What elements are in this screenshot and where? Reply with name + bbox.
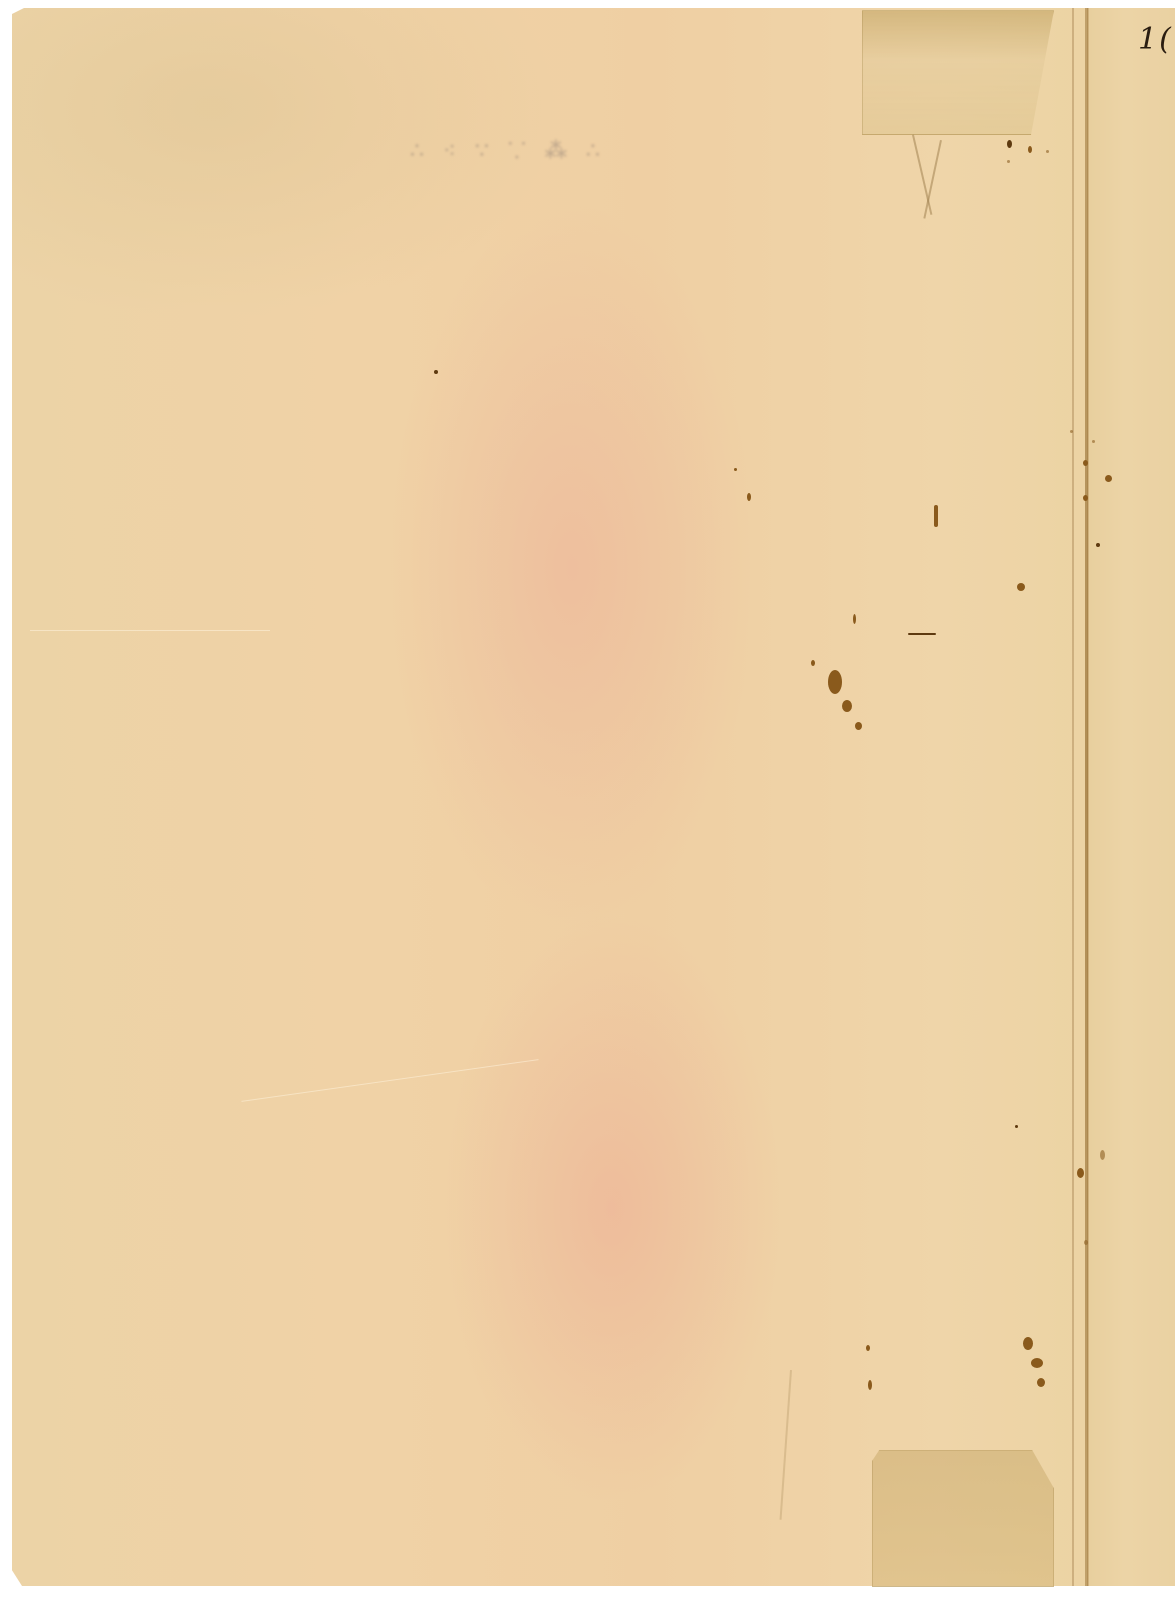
foxing-spot xyxy=(1070,430,1073,433)
tape-patch-bottom xyxy=(872,1450,1054,1587)
foxing-spot xyxy=(1077,1168,1084,1178)
foxing-spot xyxy=(1007,140,1012,148)
foxing-spot xyxy=(734,468,737,471)
foxing-spot xyxy=(811,660,815,666)
show-through-marks: ∴ ⁖ ∵ ⸪ ⁂ ∴ xyxy=(410,135,770,175)
foxing-spot xyxy=(1100,1150,1105,1160)
foxing-spot xyxy=(747,493,751,501)
foxing-spot xyxy=(853,614,856,624)
foxing-spot xyxy=(1028,146,1032,153)
foxing-spot xyxy=(908,633,936,635)
foxing-spot xyxy=(1105,475,1112,482)
foxing-spot xyxy=(1007,160,1010,163)
paper-sheet xyxy=(12,8,1175,1586)
foxing-spot xyxy=(1015,1125,1018,1128)
foxing-spot xyxy=(934,505,938,527)
foxing-spot xyxy=(1083,460,1088,466)
handwritten-page-number: 1( xyxy=(1138,22,1173,57)
foxing-spot xyxy=(1084,1240,1088,1245)
right-binding-flap xyxy=(1087,8,1175,1586)
foxing-spot xyxy=(1017,583,1025,591)
foxing-spot xyxy=(842,700,852,712)
foxing-spot xyxy=(1096,543,1100,547)
foxing-spot xyxy=(1037,1378,1045,1387)
foxing-spot xyxy=(866,1345,870,1351)
foxing-spot xyxy=(1046,150,1049,153)
foxing-spot xyxy=(855,722,862,730)
tape-patch-top xyxy=(862,10,1054,135)
foxing-spot xyxy=(1031,1358,1043,1368)
foxing-spot xyxy=(828,670,842,694)
foxing-spot xyxy=(434,370,438,374)
paper-crease xyxy=(30,630,270,631)
foxing-spot xyxy=(1083,495,1088,501)
fold-line xyxy=(1072,8,1074,1586)
spine-crease xyxy=(1085,8,1088,1586)
foxing-spot xyxy=(868,1380,872,1390)
foxing-spot xyxy=(1092,440,1095,443)
foxing-spot xyxy=(1023,1337,1033,1350)
